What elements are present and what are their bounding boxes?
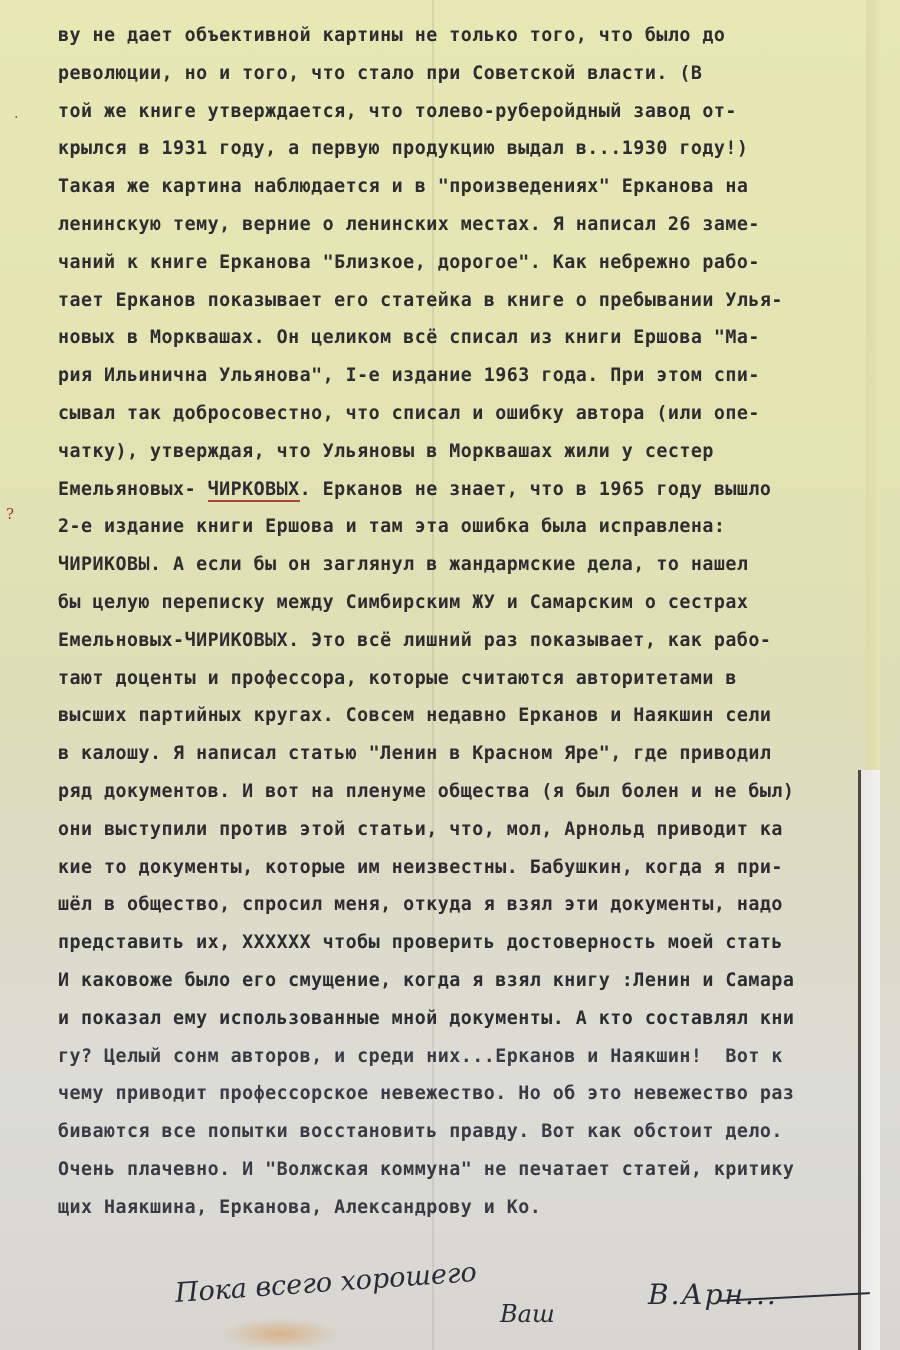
underlined-word: ЧИРКОВЫХ (208, 479, 300, 502)
text-line: бы целую переписку между Симбирским ЖУ и… (58, 584, 888, 622)
text-line: чаний к книге Ерканова "Близкое, дорогое… (58, 244, 888, 282)
text-line: ряд документов. И вот на пленуме обществ… (58, 773, 888, 811)
text-line: крылся в 1931 году, а первую продукцию в… (58, 130, 888, 168)
text-line: щих Наякшина, Ерканова, Александрову и К… (58, 1189, 888, 1227)
text-line: кие то документы, которые им неизвестны.… (58, 849, 888, 887)
text-line: чатку), утверждая, что Ульяновы в Морква… (58, 433, 888, 471)
signature-name: В.Арн... (648, 1278, 778, 1311)
margin-dot: · (14, 110, 18, 126)
text-line: гу? Целый сонм авторов, и среди них...Ер… (58, 1038, 888, 1076)
typewritten-text: ву не дает объективной картины не только… (58, 17, 888, 1227)
paper-stain (220, 1318, 340, 1350)
margin-question-mark: ? (6, 505, 14, 523)
text-line: Емельновых-ЧИРИКОВЫХ. Это всё лишний раз… (58, 622, 888, 660)
signature-yours: Ваш (500, 1300, 555, 1328)
text-line: той же книге утверждается, что толево-ру… (58, 93, 888, 131)
text-line: ленинскую тему, верние о ленинских места… (58, 206, 888, 244)
text-line: новых в Морквашах. Он целиком всё списал… (58, 319, 888, 357)
text-line: высших партийных кругах. Совсем недавно … (58, 697, 888, 735)
text-line: ЧИРИКОВЫ. А если бы он заглянул в жандар… (58, 546, 888, 584)
text-line: биваются все попытки восстановить правду… (58, 1113, 888, 1151)
text-line: Емельяновых- ЧИРКОВЫХ. Ерканов не знает,… (58, 471, 888, 509)
text-line: тают доценты и профессора, которые счита… (58, 660, 888, 698)
text-line: и показал ему использованные мной докуме… (58, 1000, 888, 1038)
document-page: · ? ву не дает объективной картины не то… (0, 0, 880, 1350)
text-line: в калошу. Я написал статью "Ленин в Крас… (58, 735, 888, 773)
text-line: Очень плачевно. И "Волжская коммуна" не … (58, 1151, 888, 1189)
text-line: 2-е издание книги Ершова и там эта ошибк… (58, 508, 888, 546)
text-line: шёл в общество, спросил меня, откуда я в… (58, 886, 888, 924)
text-line: И каковоже было его смущение, когда я вз… (58, 962, 888, 1000)
text-line: тает Ерканов показывает его статейка в к… (58, 282, 888, 320)
text-line: революции, но и того, что стало при Сове… (58, 55, 888, 93)
text-line: сывал так добросовестно, что списал и ош… (58, 395, 888, 433)
text-line: рия Ильинична Ульянова", I-е издание 196… (58, 357, 888, 395)
text-line: ву не дает объективной картины не только… (58, 17, 888, 55)
text-line: чему приводит профессорское невежество. … (58, 1075, 888, 1113)
text-line: они выступили против этой статьи, что, м… (58, 811, 888, 849)
text-line: представить их, ХХХХХХ чтобы проверить д… (58, 924, 888, 962)
text-line: Такая же картина наблюдается и в "произв… (58, 168, 888, 206)
